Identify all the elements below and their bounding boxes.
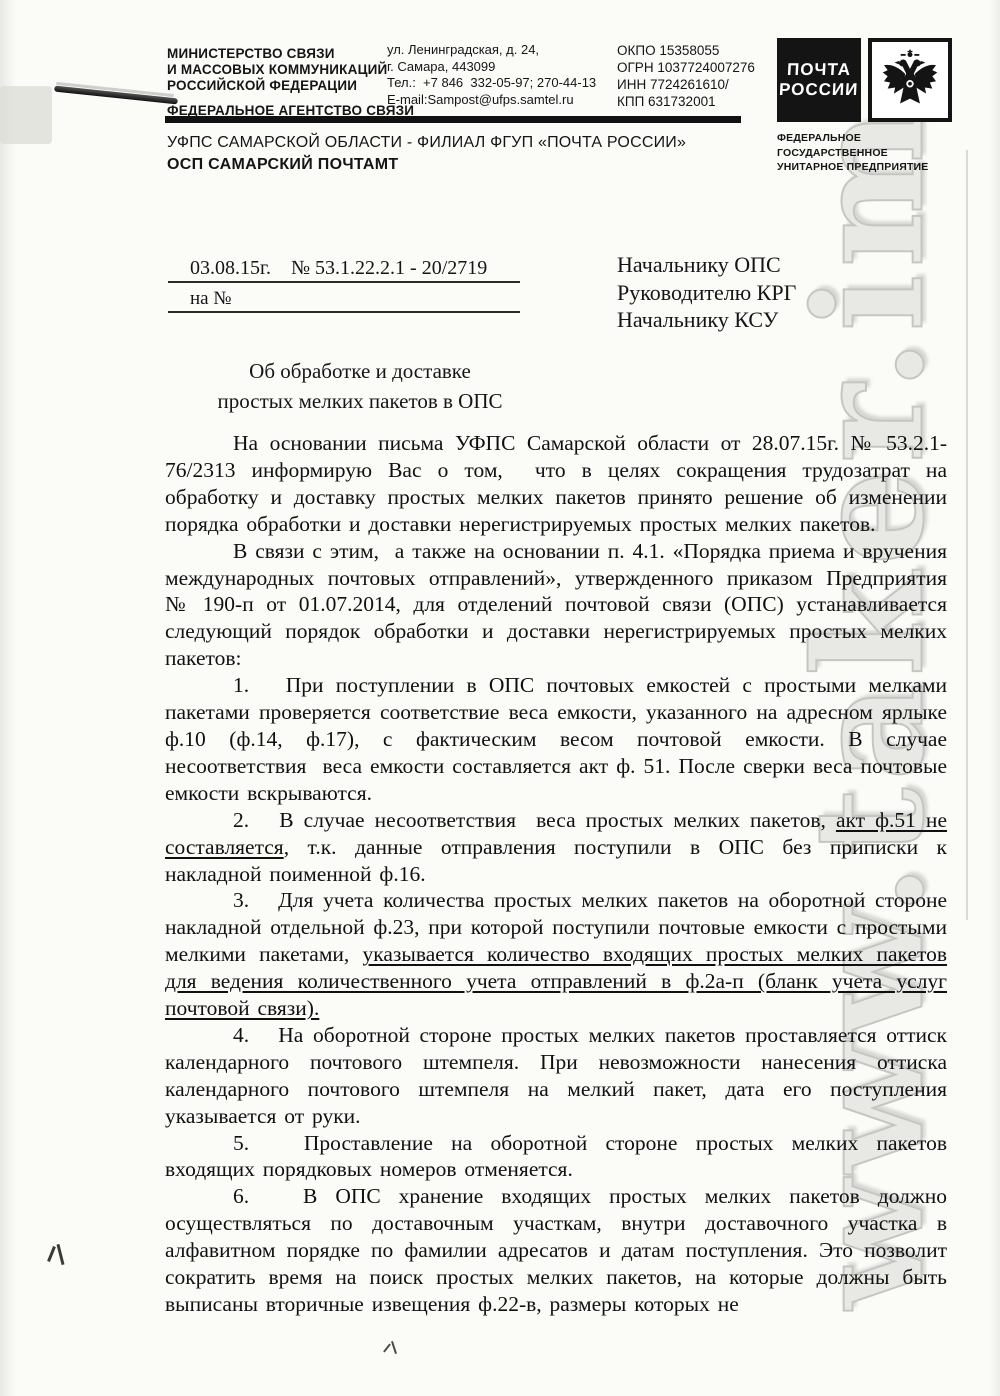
logo-caption-line: ФЕДЕРАЛЬНОЕ ГОСУДАРСТВЕННОЕ xyxy=(777,131,957,160)
logo-caption: ФЕДЕРАЛЬНОЕ ГОСУДАРСТВЕННОЕУНИТАРНОЕ ПРЕ… xyxy=(777,131,957,175)
body-text-segment: На основании письма УФПС Самарской облас… xyxy=(165,431,947,536)
letter-content: МИНИСТЕРСТВО СВЯЗИИ МАССОВЫХ КОММУНИКАЦИ… xyxy=(0,0,1000,1396)
letter-date-number: 03.08.15г. № 53.1.22.2.1 - 20/2719 xyxy=(190,257,550,280)
ministry-line: МИНИСТЕРСТВО СВЯЗИ xyxy=(167,46,392,62)
body-paragraph: 6. В ОПС хранение входящих простых мелки… xyxy=(165,1183,947,1318)
body-paragraph: 4. На оборотной стороне простых мелких п… xyxy=(165,1022,947,1130)
letter-body: На основании письма УФПС Самарской облас… xyxy=(165,430,947,1318)
body-text-segment: 6. В ОПС хранение входящих простых мелки… xyxy=(165,1184,947,1316)
body-paragraph: 3. Для учета количества простых мелких п… xyxy=(165,887,947,1022)
logo-word-1: ПОЧТА xyxy=(786,60,851,80)
ministry-line: РОССИЙСКОЙ ФЕДЕРАЦИИ xyxy=(167,78,392,94)
codes-block: ОКПО 15358055ОГРН 1037724007276ИНН 77242… xyxy=(617,42,787,110)
scanned-letter-page: www.taker.im МИНИСТЕРСТВО СВЯЗИИ МАССОВЫ… xyxy=(0,0,1000,1396)
body-text-segment: 2. В случае несоответствия веса простых … xyxy=(233,808,836,832)
body-text-segment: В связи с этим, а также на основании п. … xyxy=(165,539,947,671)
code-line: КПП 631732001 xyxy=(617,93,787,110)
contact-block: ул. Ленинградская, д. 24,г. Самара, 4430… xyxy=(387,42,617,108)
reference-underline-1 xyxy=(168,281,520,283)
pochta-rossii-logo: ПОЧТА РОССИИ xyxy=(777,38,861,122)
code-line: ОГРН 1037724007276 xyxy=(617,59,787,76)
recipients-block: Начальнику ОПСРуководителю КРГНачальнику… xyxy=(617,251,877,334)
ministry-line: И МАССОВЫХ КОММУНИКАЦИЙ xyxy=(167,62,392,78)
org-name-line1: УФПС САМАРСКОЙ ОБЛАСТИ - ФИЛИАЛ ФГУП «ПО… xyxy=(167,134,767,152)
contact-line: ул. Ленинградская, д. 24, xyxy=(387,42,617,59)
recipient-line: Начальнику ОПС xyxy=(617,251,877,279)
body-paragraph: 5. Проставление на оборотной стороне про… xyxy=(165,1130,947,1184)
body-text-segment: 5. Проставление на оборотной стороне про… xyxy=(165,1131,947,1182)
contact-line: Тел.: +7 846 332-05-97; 270-44-13 xyxy=(387,75,617,92)
contact-line: E-mail:Sampost@ufps.samtel.ru xyxy=(387,92,617,109)
body-paragraph: 2. В случае несоответствия веса простых … xyxy=(165,807,947,888)
body-paragraph: На основании письма УФПС Самарской облас… xyxy=(165,430,947,538)
body-text-segment: 1. При поступлении в ОПС почтовых емкост… xyxy=(165,673,947,805)
body-paragraph: В связи с этим, а также на основании п. … xyxy=(165,538,947,673)
body-text-segment: 4. На оборотной стороне простых мелких п… xyxy=(165,1023,947,1128)
eagle-emblem-frame xyxy=(868,38,952,122)
org-name-line2: ОСП САМАРСКИЙ ПОЧТАМТ xyxy=(167,156,567,174)
contact-line: г. Самара, 443099 xyxy=(387,59,617,76)
subject-line: простых мелких пакетов в ОПС xyxy=(160,386,560,416)
logo-caption-line: УНИТАРНОЕ ПРЕДПРИЯТИЕ xyxy=(777,160,957,175)
code-line: ОКПО 15358055 xyxy=(617,42,787,59)
recipient-line: Руководителю КРГ xyxy=(617,279,877,307)
ministry-block: МИНИСТЕРСТВО СВЯЗИИ МАССОВЫХ КОММУНИКАЦИ… xyxy=(167,46,392,94)
body-paragraph: 1. При поступлении в ОПС почтовых емкост… xyxy=(165,672,947,807)
double-headed-eagle-icon xyxy=(879,49,941,111)
reply-to-label: на № xyxy=(190,288,231,310)
recipient-line: Начальнику КСУ xyxy=(617,306,877,334)
reference-underline-2 xyxy=(168,311,520,313)
logo-word-2: РОССИИ xyxy=(779,80,859,100)
subject-line: Об обработке и доставке xyxy=(160,356,560,386)
header-divider-rule xyxy=(165,116,741,123)
code-line: ИНН 7724261610/ xyxy=(617,76,787,93)
subject-block: Об обработке и доставкепростых мелких па… xyxy=(160,356,560,416)
